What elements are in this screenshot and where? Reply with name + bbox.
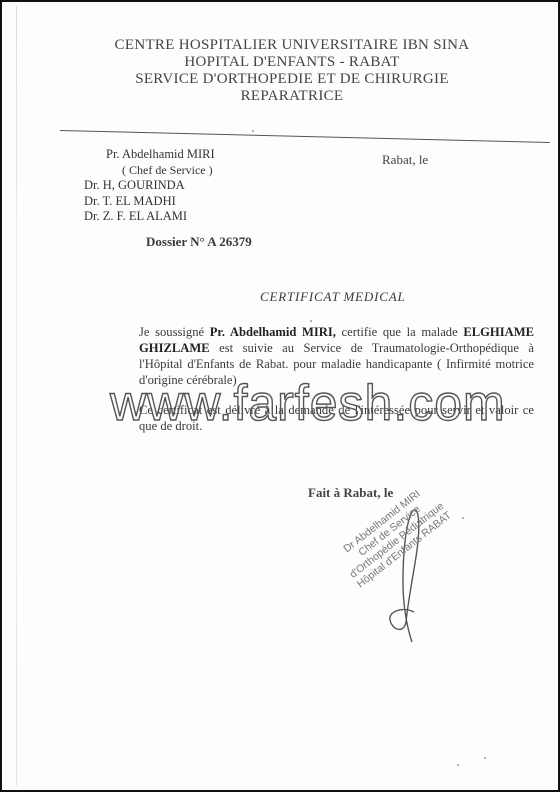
certificate-title: CERTIFICAT MEDICAL: [260, 289, 406, 305]
staff-doctor: Dr. H, GOURINDA: [84, 178, 215, 194]
letterhead-line-service: SERVICE D'ORTHOPEDIE ET DE CHIRURGIE: [82, 71, 502, 88]
scan-speck: [484, 757, 486, 759]
scanned-document-page: CENTRE HOSPITALIER UNIVERSITAIRE IBN SIN…: [0, 0, 560, 792]
scan-speck: [252, 130, 254, 132]
letterhead-line-childrens-hospital: HOPITAL D'ENFANTS - RABAT: [82, 54, 502, 71]
letterhead: CENTRE HOSPITALIER UNIVERSITAIRE IBN SIN…: [82, 37, 502, 105]
scan-speck: [457, 764, 459, 766]
scan-edge-mark: [16, 6, 17, 786]
staff-head-role: ( Chef de Service ): [84, 163, 215, 179]
text-prefix: Je soussigné: [139, 325, 210, 339]
staff-doctor: Dr. Z. F. EL ALAMI: [84, 209, 215, 225]
closing-place-date: Fait à Rabat, le: [308, 485, 393, 501]
scan-speck: [462, 517, 464, 519]
dossier-number: Dossier N° A 26379: [146, 234, 252, 250]
doctor-name: Pr. Abdelhamid MIRI,: [210, 325, 336, 339]
letterhead-line-hospital: CENTRE HOSPITALIER UNIVERSITAIRE IBN SIN…: [82, 37, 502, 54]
staff-list: Pr. Abdelhamid MIRI ( Chef de Service ) …: [84, 147, 215, 225]
watermark: www.farfesh.com: [110, 377, 506, 429]
staff-doctor: Dr. T. EL MADHI: [84, 194, 215, 210]
staff-head: Pr. Abdelhamid MIRI: [84, 147, 215, 163]
text-mid: certifie que la malade: [336, 325, 463, 339]
letterhead-line-service-cont: REPARATRICE: [82, 88, 502, 105]
scan-speck: [310, 320, 312, 322]
header-divider: [60, 130, 550, 143]
place-date: Rabat, le: [382, 152, 428, 168]
